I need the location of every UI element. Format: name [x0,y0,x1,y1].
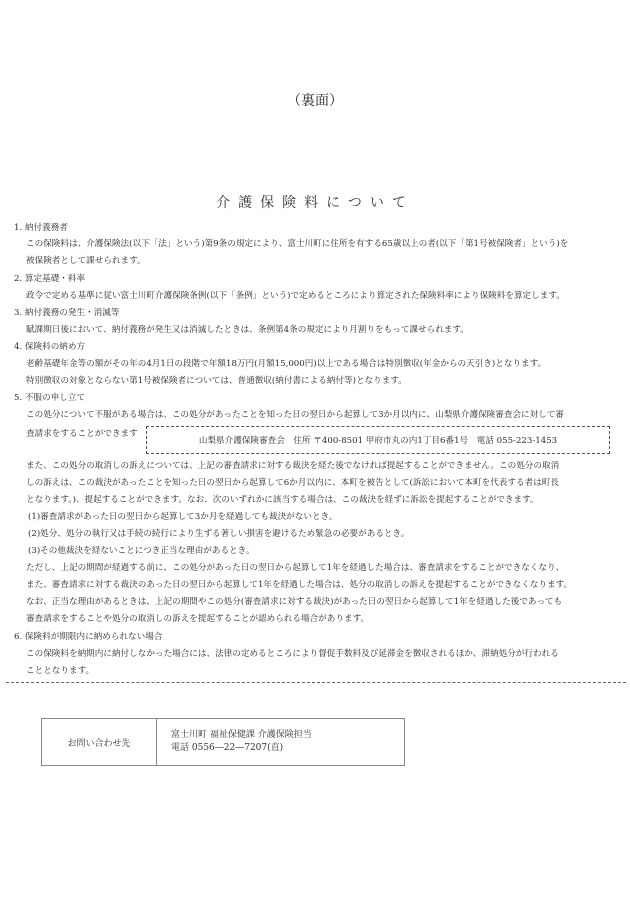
section-5-text: となります。)、提起することができます。なお、次のいずれかに該当する場合は、この… [26,494,539,506]
section-4-text: 老齢基礎年金等の額がその年の4月1日の段階で年額18万円(月額15,000円)以… [26,358,546,370]
section-5-text: しの訴えは、この裁決があったことを知った日の翌日から起算して6か月以内に、本町を… [26,477,559,489]
section-5-text: なお、正当な理由があるときは、上記の期間やこの処分(審査請求に対する裁決)があっ… [26,596,562,608]
section-4-heading: 4. 保険料の納め方 [14,341,85,353]
contact-label: お問い合わせ先 [42,719,157,765]
section-5-text: 査請求をすることができます [26,428,138,440]
section-3-text: 賦課期日後において、納付義務が発生又は消滅したときは、条例第4条の規定により月割… [26,324,469,336]
section-5-sub-item: (2)処分、処分の執行又は手続の続行により生ずる著しい損害を避けるため緊急の必要… [28,528,409,540]
section-5-text: また、審査請求に対する裁決のあった日の翌日から起算して1年を経過した場合は、処分… [26,579,572,591]
back-side-label: （裏面） [0,90,630,110]
section-1-text: この保険料は、介護保険法(以下「法」という)第9条の規定により、富士川町に住所を… [26,238,568,250]
section-5-heading: 5. 不服の申し立て [14,392,85,404]
section-5-sub-item: (1)審査請求があった日の翌日から起算して3か月を経過しても裁決がないとき。 [28,511,337,523]
appeal-authority-info: 山梨県介護保険審査会 住所 〒400-8501 甲府市丸の内1丁目6番1号 電話… [199,434,557,446]
section-1-text: 被保険者として課せられます。 [26,255,146,267]
document-title: 介護保険料について [0,192,630,212]
appeal-authority-box: 山梨県介護保険審査会 住所 〒400-8501 甲府市丸の内1丁目6番1号 電話… [146,426,610,454]
section-6-text: この保険料を納期内に納付しなかった場合には、法律の定めるところにより督促手数料及… [26,648,559,660]
cut-line-divider [6,682,626,683]
section-5-text: この処分について不服がある場合は、この処分があったことを知った日の翌日から起算し… [26,409,564,421]
section-3-heading: 3. 納付義務の発生・消滅等 [14,307,119,319]
contact-department: 富士川町 福祉保健課 介護保険担当 [171,729,404,742]
section-5-text: また、この処分の取消しの訴えについては、上記の審査請求に対する裁決を経た後でなけ… [26,460,559,472]
section-5-sub-item: (3)その他裁決を経ないことにつき正当な理由があるとき。 [28,545,255,557]
contact-info: 富士川町 福祉保健課 介護保険担当 電話 0556―22―7207(直) [157,719,404,765]
section-4-text: 特別徴収の対象とならない第1号被保険者については、普通徴収(納付書による納付等)… [26,375,407,387]
contact-phone: 電話 0556―22―7207(直) [171,742,404,755]
section-2-heading: 2. 算定基礎・料率 [14,273,85,285]
section-1-heading: 1. 納付義務者 [14,222,68,234]
section-5-text: ただし、上記の期間が経過する前に、この処分があった日の翌日から起算して1年を経過… [26,562,564,574]
section-2-text: 政令で定める基準に従い富士川町介護保険条例(以下「条例」という)で定めるところに… [26,290,565,302]
section-6-heading: 6. 保険料が期限内に納められない場合 [14,631,162,643]
contact-table: お問い合わせ先 富士川町 福祉保健課 介護保険担当 電話 0556―22―720… [41,718,405,766]
section-6-text: こととなります。 [26,665,94,677]
section-5-text: 審査請求をすることや処分の取消しの訴えを提起することが認められる場合があります。 [26,613,369,625]
